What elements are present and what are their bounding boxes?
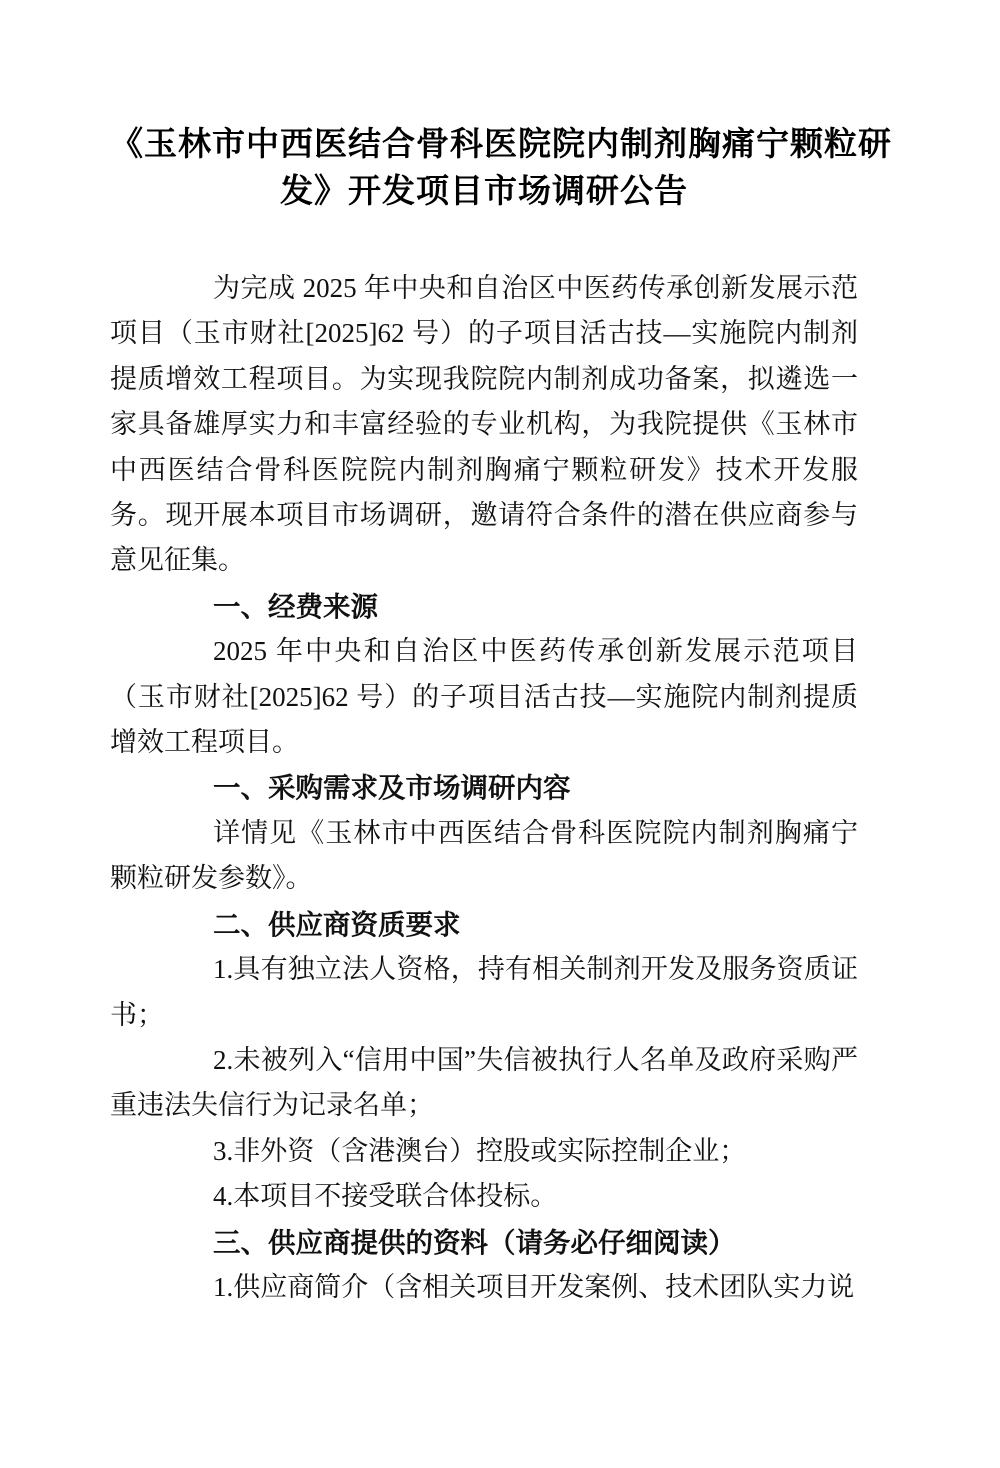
document-title-line-2: 发》开发项目市场调研公告 [110, 167, 858, 214]
document-title-line-1: 《玉林市中西医结合骨科医院院内制剂胸痛宁颗粒研 [110, 120, 858, 167]
section-heading-funding-source: 一、经费来源 [110, 584, 858, 629]
document-title: 《玉林市中西医结合骨科医院院内制剂胸痛宁颗粒研 发》开发项目市场调研公告 [110, 120, 858, 214]
section-heading-procurement-needs: 一、采购需求及市场调研内容 [110, 765, 858, 810]
paragraph-funding-source: 2025 年中央和自治区中医药传承创新发展示范项目（玉市财社[2025]62 号… [110, 629, 858, 765]
paragraph-materials-1: 1.供应商简介（含相关项目开发案例、技术团队实力说 [110, 1265, 858, 1310]
section-heading-supplier-qualifications: 二、供应商资质要求 [110, 902, 858, 947]
document-content: 《玉林市中西医结合骨科医院院内制剂胸痛宁颗粒研 发》开发项目市场调研公告 为完成… [110, 120, 858, 1310]
paragraph-qualification-1: 1.具有独立法人资格，持有相关制剂开发及服务资质证书； [110, 947, 858, 1038]
paragraph-intro: 为完成 2025 年中央和自治区中医药传承创新发展示范项目（玉市财社[2025]… [110, 266, 858, 584]
paragraph-qualification-2: 2.未被列入“信用中国”失信被执行人名单及政府采购严重违法失信行为记录名单； [110, 1038, 858, 1129]
section-heading-supplier-materials: 三、供应商提供的资料（请务必仔细阅读） [110, 1220, 858, 1265]
document-page: 《玉林市中西医结合骨科医院院内制剂胸痛宁颗粒研 发》开发项目市场调研公告 为完成… [0, 0, 1000, 1468]
paragraph-qualification-3: 3.非外资（含港澳台）控股或实际控制企业； [110, 1129, 858, 1174]
paragraph-procurement-needs: 详情见《玉林市中西医结合骨科医院院内制剂胸痛宁颗粒研发参数》。 [110, 811, 858, 902]
paragraph-qualification-4: 4.本项目不接受联合体投标。 [110, 1174, 858, 1219]
